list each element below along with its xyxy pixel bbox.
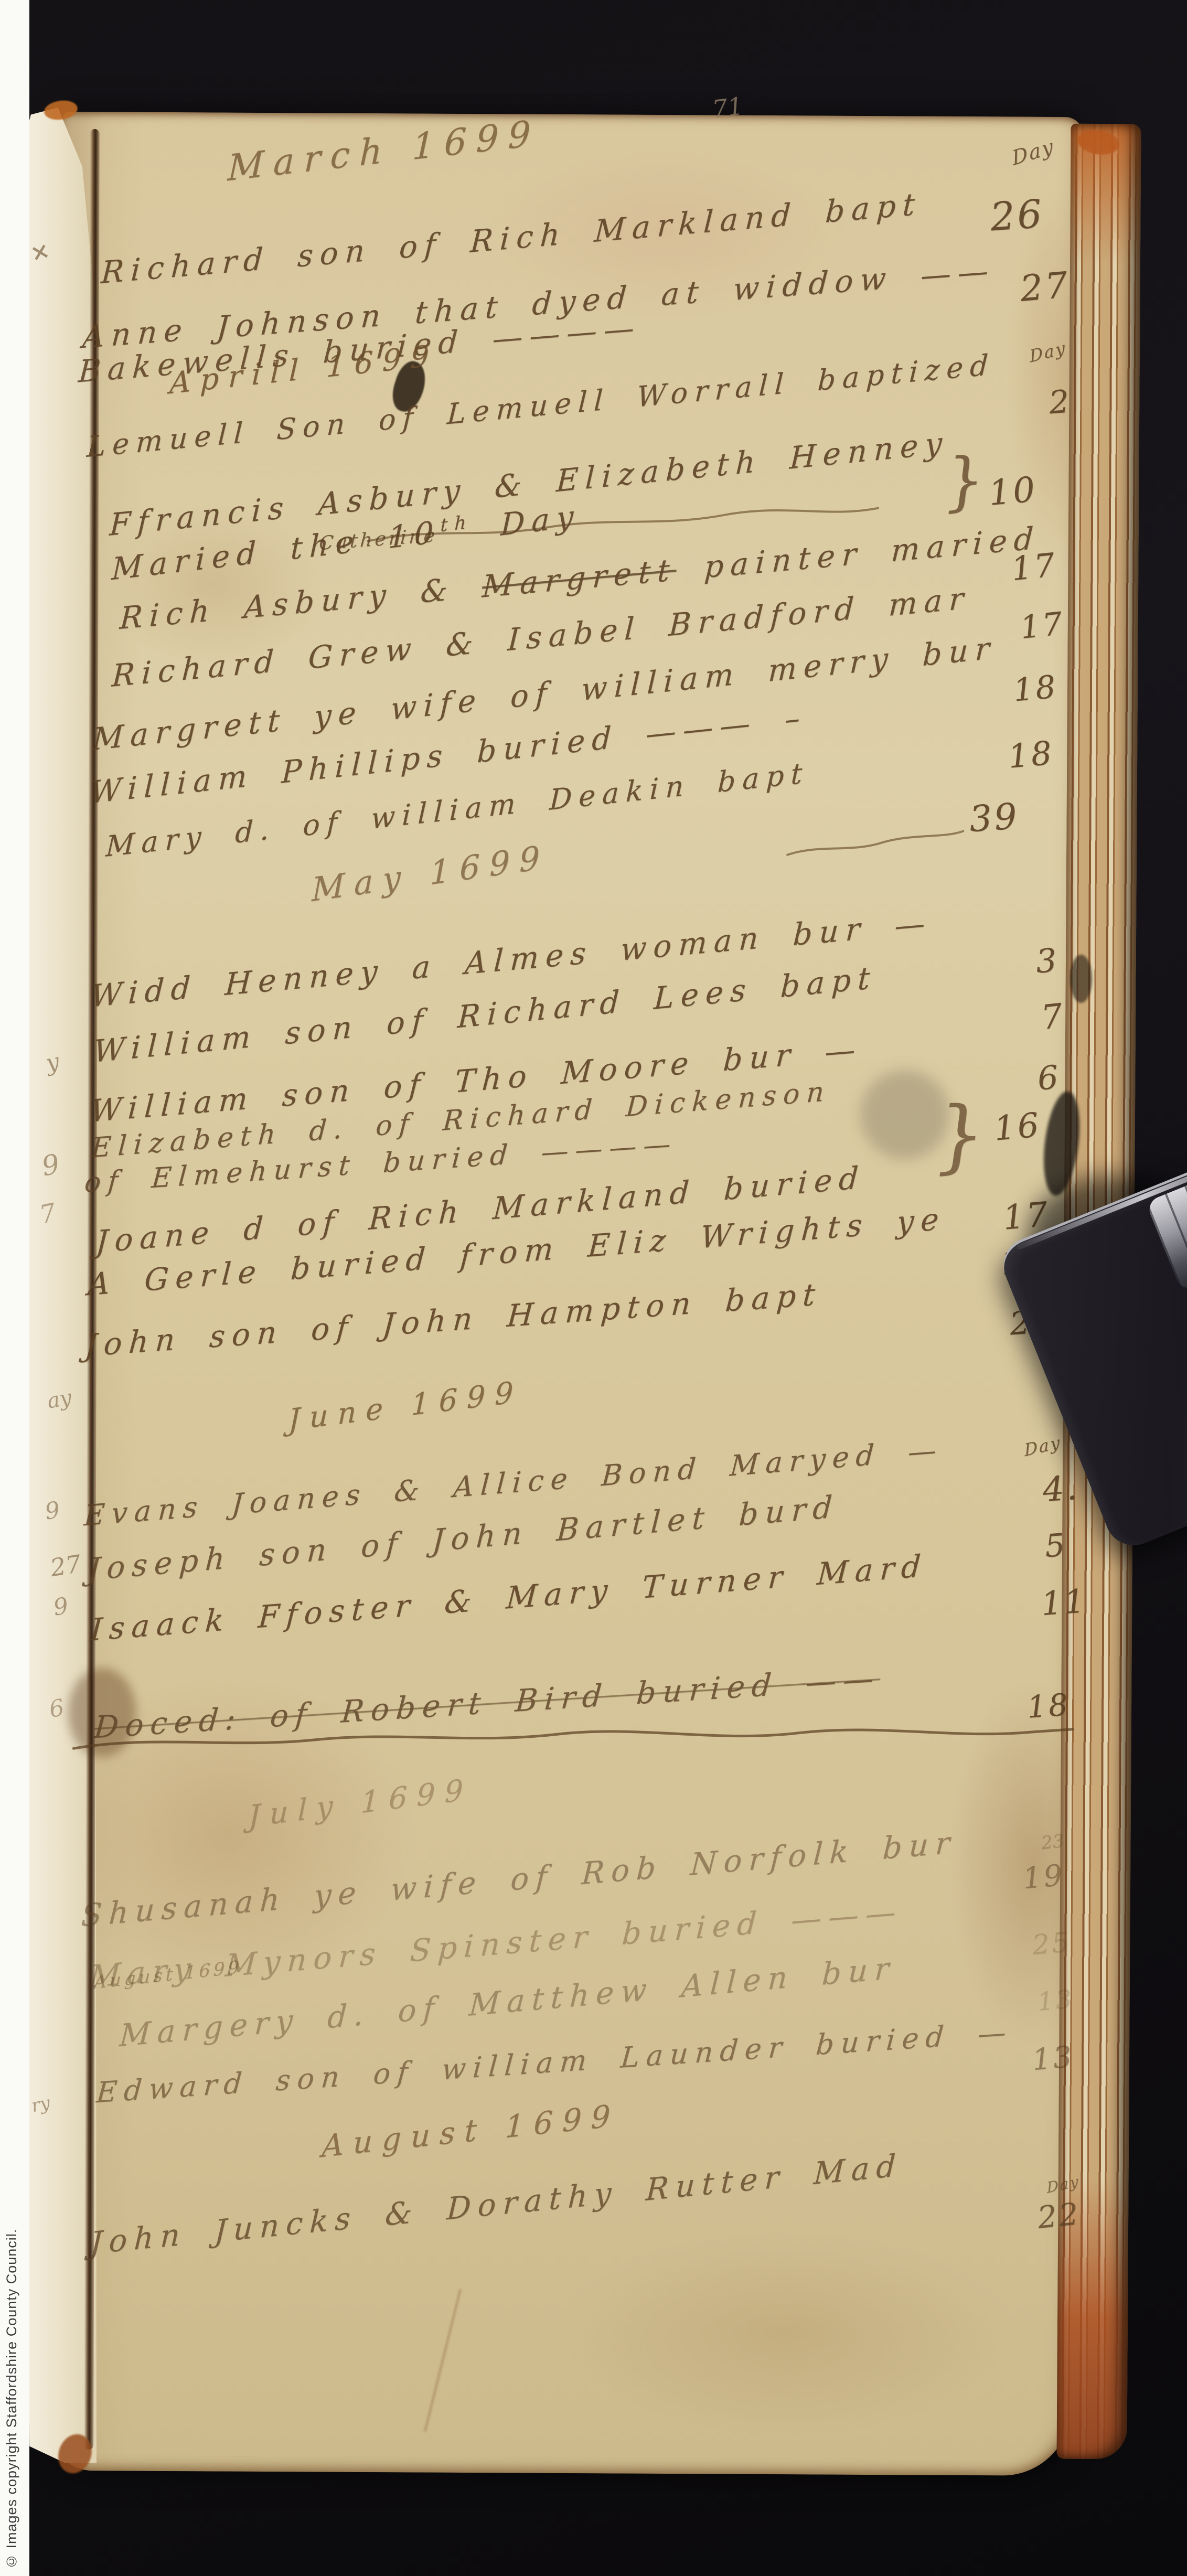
day-number: 3 — [1035, 941, 1060, 981]
day-number: 26 — [989, 191, 1045, 240]
faint-superscript-number: 23 — [1040, 1831, 1065, 1854]
day-number: 19 — [999, 1240, 1050, 1283]
day-number: 17 — [1019, 605, 1066, 646]
day-number: 11 — [1040, 1581, 1088, 1623]
margin-fragment: 27 — [48, 1549, 83, 1582]
day-number: 13 — [1031, 2040, 1075, 2078]
brace-glyph: } — [933, 1089, 987, 1183]
day-number: 7 — [1039, 997, 1066, 1038]
fore-edge-page-block — [1056, 124, 1141, 2460]
day-number: 22 — [1036, 2196, 1082, 2236]
day-number: 18 — [1012, 668, 1059, 709]
clip-polished-band — [1146, 1108, 1187, 1292]
day-number: 17 — [1001, 1195, 1052, 1238]
day-number: 13 — [1036, 1984, 1075, 2017]
day-number: 16 — [992, 1106, 1043, 1149]
day-number: 6 — [1036, 1058, 1062, 1098]
photograph-parish-register: 71 March 1699 Day Richard son of Rich Ma… — [0, 0, 1187, 2576]
day-number: 19 — [1021, 1858, 1066, 1896]
day-number: 17 — [1009, 546, 1058, 589]
day-number: 27 — [1019, 264, 1072, 310]
day-number: 4. — [1042, 1469, 1081, 1510]
folio-number: 71 — [711, 92, 745, 124]
day-number: 18 — [1007, 733, 1055, 775]
copyright-watermark: © Images copyright Staffordshire County … — [4, 2165, 26, 2569]
day-number: 25 — [1031, 1927, 1073, 1961]
brace-glyph: } — [942, 444, 987, 519]
margin-fragment: ay — [45, 1385, 73, 1413]
day-number: 2 — [1048, 383, 1073, 422]
day-number: 39 — [968, 796, 1020, 840]
day-number: 10 — [987, 469, 1039, 514]
day-number: 5 — [1044, 1527, 1068, 1565]
day-number: 21 — [1009, 1302, 1066, 1342]
